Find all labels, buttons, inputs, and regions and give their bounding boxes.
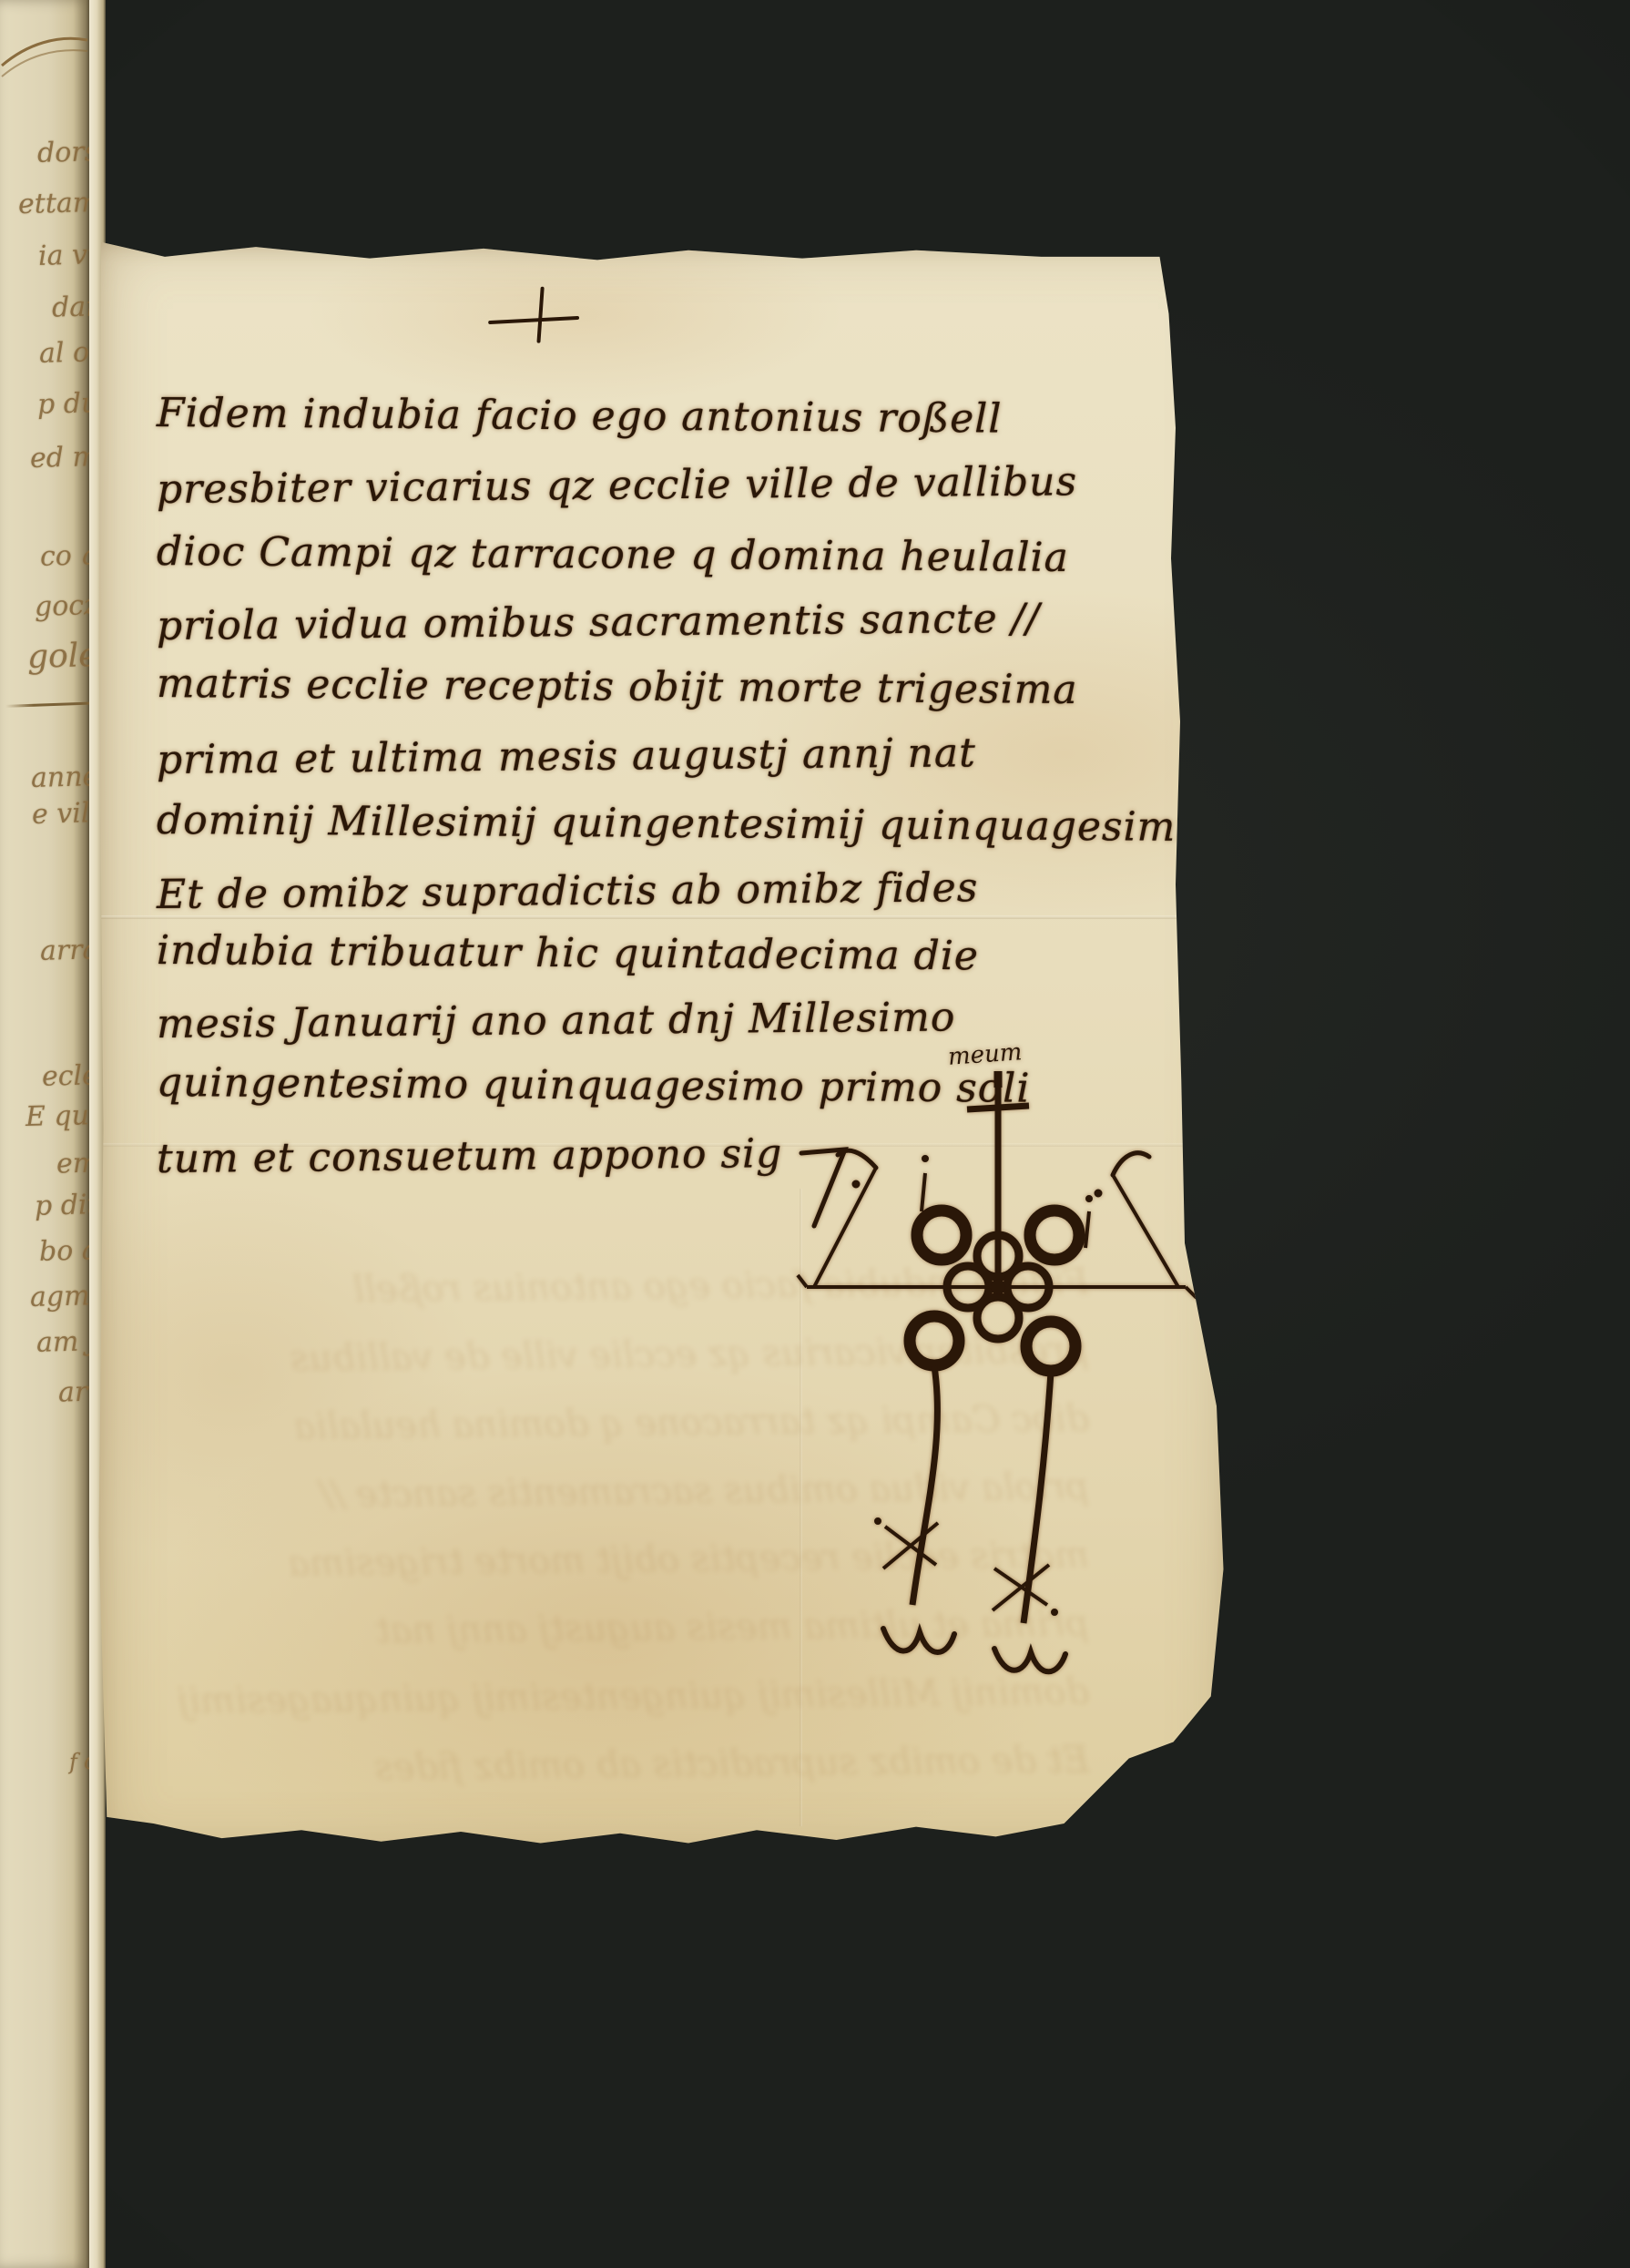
manuscript-page: Fidem indubia facio ego antonius roßell … bbox=[97, 232, 1235, 1863]
strip-text-fragment: arra bbox=[39, 934, 89, 967]
strip-text-fragment: gole bbox=[27, 637, 89, 676]
manuscript-line: mesis Januarij ano anat dnj Millesimo bbox=[157, 986, 1214, 1055]
strip-text-fragment: dar bbox=[51, 291, 89, 323]
strip-text-fragment: p du bbox=[36, 387, 89, 421]
strip-text-fragment: anne bbox=[30, 761, 89, 794]
adjacent-page-strip: dors ettam ia vt dar al ol p du ed m co … bbox=[0, 0, 89, 2268]
strip-text-fragment: co q bbox=[40, 539, 89, 573]
manuscript-line: priola vidua omibus sacramentis sancte /… bbox=[157, 587, 1214, 657]
strip-text-fragment: art bbox=[57, 1375, 89, 1408]
strip-text-fragment: agmi bbox=[29, 1280, 89, 1313]
manuscript-line: matris ecclie receptis obijt morte trige… bbox=[157, 654, 1213, 721]
manuscript-line: prima et ultima mesis augustj annj nat bbox=[157, 721, 1214, 791]
manuscript-line: presbiter vicarius qz ecclie ville de va… bbox=[157, 451, 1214, 520]
strip-text-fragment: al ol bbox=[39, 336, 89, 370]
strip-text-fragment: ia vt bbox=[38, 239, 89, 272]
strip-text-fragment: e vill bbox=[32, 797, 89, 831]
invocation-cross-mark bbox=[485, 281, 592, 355]
strip-rule-line bbox=[5, 701, 89, 708]
strip-text-fragment: bo a bbox=[39, 1234, 89, 1268]
strip-text-fragment: E qui bbox=[25, 1099, 89, 1133]
strip-pen-flourish bbox=[0, 0, 89, 100]
strip-text-fragment: ettam bbox=[17, 187, 89, 220]
manuscript-line: Fidem indubia facio ego antonius roßell bbox=[157, 383, 1213, 451]
strip-text-fragment: dors bbox=[37, 136, 89, 169]
strip-text-fragment: em bbox=[56, 1147, 89, 1180]
notarial-sign: num bbox=[789, 1066, 1299, 1758]
cross-vertical-stroke bbox=[536, 287, 544, 343]
manuscript-line: dioc Campi qz tarracone q domina heulali… bbox=[157, 522, 1213, 589]
cross-horizontal-stroke bbox=[488, 316, 579, 324]
strip-text-fragment: ed m bbox=[30, 441, 89, 475]
strip-text-fragment: f d bbox=[69, 1749, 89, 1775]
sign-num-label: num bbox=[1184, 1170, 1276, 1221]
manuscript-line: dominij Millesimij quingentesimij quinqu… bbox=[157, 791, 1213, 858]
strip-text-fragment: gocz bbox=[35, 589, 89, 623]
manuscript-line: indubia tribuatur hic quintadecima die bbox=[157, 921, 1213, 988]
strip-text-fragment: p dit bbox=[35, 1189, 89, 1222]
photo-background: dors ettam ia vt dar al ol p du ed m co … bbox=[0, 0, 1630, 2268]
strip-text-fragment: ecle bbox=[42, 1059, 89, 1093]
strip-text-fragment: am J bbox=[36, 1325, 89, 1359]
manuscript-line: Et de omibz supradictis ab omibz fides bbox=[157, 856, 1214, 925]
sign-left-bracket-flourish bbox=[801, 1149, 845, 1226]
